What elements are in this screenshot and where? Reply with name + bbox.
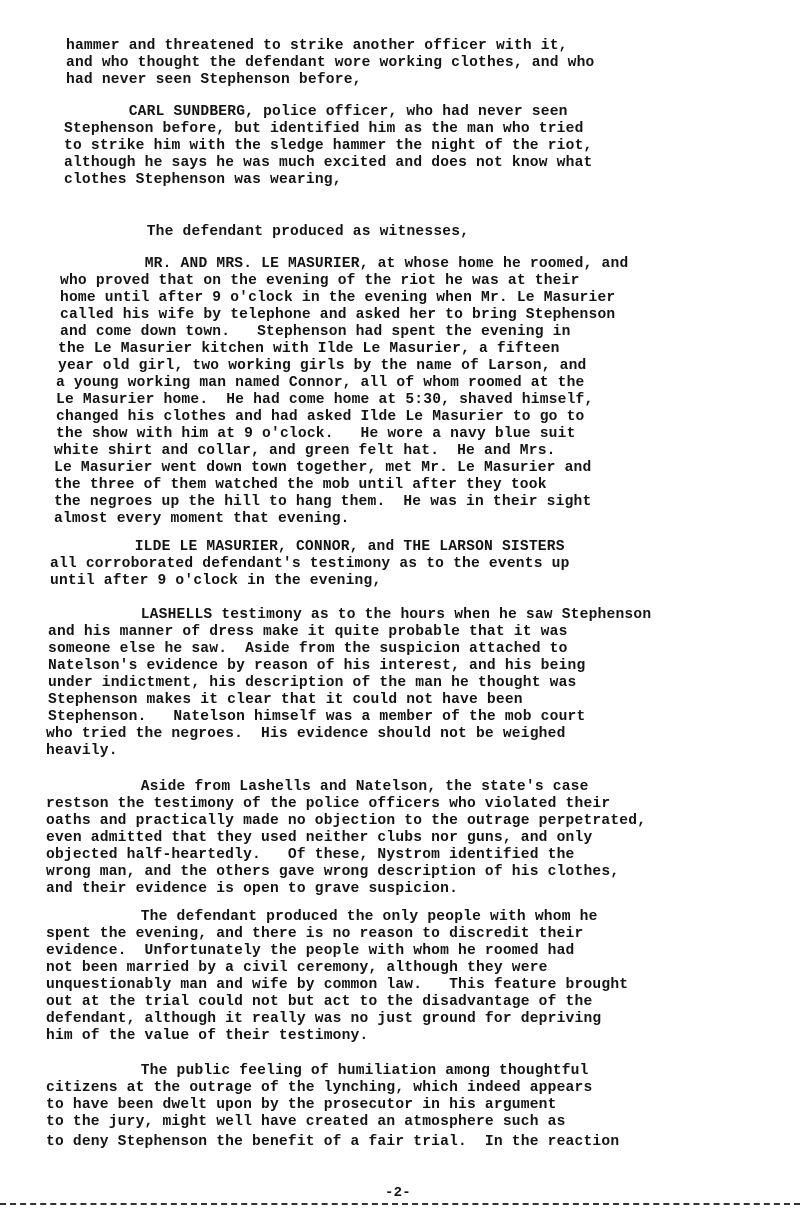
text-line: had never seen Stephenson before, xyxy=(66,72,362,88)
text-line: called his wife by telephone and asked h… xyxy=(60,307,615,323)
text-line: oaths and practically made no objection … xyxy=(46,813,646,829)
text-line: and his manner of dress make it quite pr… xyxy=(48,624,568,640)
text-line: MR. AND MRS. LE MASURIER, at whose home … xyxy=(82,256,628,272)
text-line: ILDE LE MASURIER, CONNOR, and THE LARSON… xyxy=(72,539,565,555)
text-line: citizens at the outrage of the lynching,… xyxy=(46,1080,592,1096)
bottom-dashed-rule xyxy=(0,1203,800,1205)
text-line: Le Masurier went down town together, met… xyxy=(54,460,591,476)
text-line: and come down town. Stephenson had spent… xyxy=(60,324,571,340)
text-line: CARL SUNDBERG, police officer, who had n… xyxy=(66,104,568,120)
text-line: the three of them watched the mob until … xyxy=(54,477,547,493)
text-line: out at the trial could not but act to th… xyxy=(46,994,592,1010)
text-line: Natelson's evidence by reason of his int… xyxy=(48,658,585,674)
text-line: heavily. xyxy=(46,743,118,759)
text-line: until after 9 o'clock in the evening, xyxy=(50,573,381,589)
text-line: defendant, although it really was no jus… xyxy=(46,1011,601,1027)
text-line: and their evidence is open to grave susp… xyxy=(46,881,458,897)
text-line: The public feeling of humiliation among … xyxy=(78,1063,589,1079)
text-line: him of the value of their testimony. xyxy=(46,1028,368,1044)
text-line: the show with him at 9 o'clock. He wore … xyxy=(56,426,576,442)
text-line: to deny Stephenson the benefit of a fair… xyxy=(46,1134,619,1150)
text-line: the Le Masurier kitchen with Ilde Le Mas… xyxy=(58,341,560,357)
text-line: The defendant produced as witnesses, xyxy=(84,224,469,240)
text-line: The defendant produced the only people w… xyxy=(78,909,598,925)
text-line: Stephenson. Natelson himself was a membe… xyxy=(48,709,585,725)
text-line: LASHELLS testimony as to the hours when … xyxy=(78,607,651,623)
text-line: all corroborated defendant's testimony a… xyxy=(50,556,570,572)
text-line: almost every moment that evening. xyxy=(54,511,350,527)
text-line: Aside from Lashells and Natelson, the st… xyxy=(78,779,589,795)
text-line: clothes Stephenson was wearing, xyxy=(64,172,342,188)
text-line: home until after 9 o'clock in the evenin… xyxy=(60,290,615,306)
text-line: although he says he was much excited and… xyxy=(64,155,593,171)
text-line: not been married by a civil ceremony, al… xyxy=(46,960,548,976)
document-page: hammer and threatened to strike another … xyxy=(0,0,800,1209)
text-line: objected half-heartedly. Of these, Nystr… xyxy=(46,847,575,863)
text-line: who proved that on the evening of the ri… xyxy=(60,273,580,289)
text-line: the negroes up the hill to hang them. He… xyxy=(54,494,591,510)
text-line: hammer and threatened to strike another … xyxy=(66,38,568,54)
text-line: who tried the negroes. His evidence shou… xyxy=(46,726,566,742)
text-line: restson the testimony of the police offi… xyxy=(46,796,610,812)
text-line: to the jury, might well have created an … xyxy=(46,1114,566,1130)
text-line: year old girl, two working girls by the … xyxy=(58,358,587,374)
text-line: and who thought the defendant wore worki… xyxy=(66,55,595,71)
text-line: a young working man named Connor, all of… xyxy=(56,375,585,391)
text-line: Le Masurier home. He had come home at 5:… xyxy=(56,392,593,408)
text-line: under indictment, his description of the… xyxy=(48,675,577,691)
text-line: white shirt and collar, and green felt h… xyxy=(54,443,556,459)
text-line: Stephenson before, but identified him as… xyxy=(64,121,584,137)
text-line: Stephenson makes it clear that it could … xyxy=(48,692,523,708)
page-number: -2- xyxy=(385,1185,411,1201)
text-line: even admitted that they used neither clu… xyxy=(46,830,592,846)
text-line: spent the evening, and there is no reaso… xyxy=(46,926,583,942)
text-line: someone else he saw. Aside from the susp… xyxy=(48,641,568,657)
text-line: wrong man, and the others gave wrong des… xyxy=(46,864,619,880)
text-line: unquestionably man and wife by common la… xyxy=(46,977,628,993)
text-line: to have been dwelt upon by the prosecuto… xyxy=(46,1097,557,1113)
text-line: evidence. Unfortunately the people with … xyxy=(46,943,575,959)
text-line: to strike him with the sledge hammer the… xyxy=(64,138,593,154)
text-line: changed his clothes and had asked Ilde L… xyxy=(56,409,585,425)
